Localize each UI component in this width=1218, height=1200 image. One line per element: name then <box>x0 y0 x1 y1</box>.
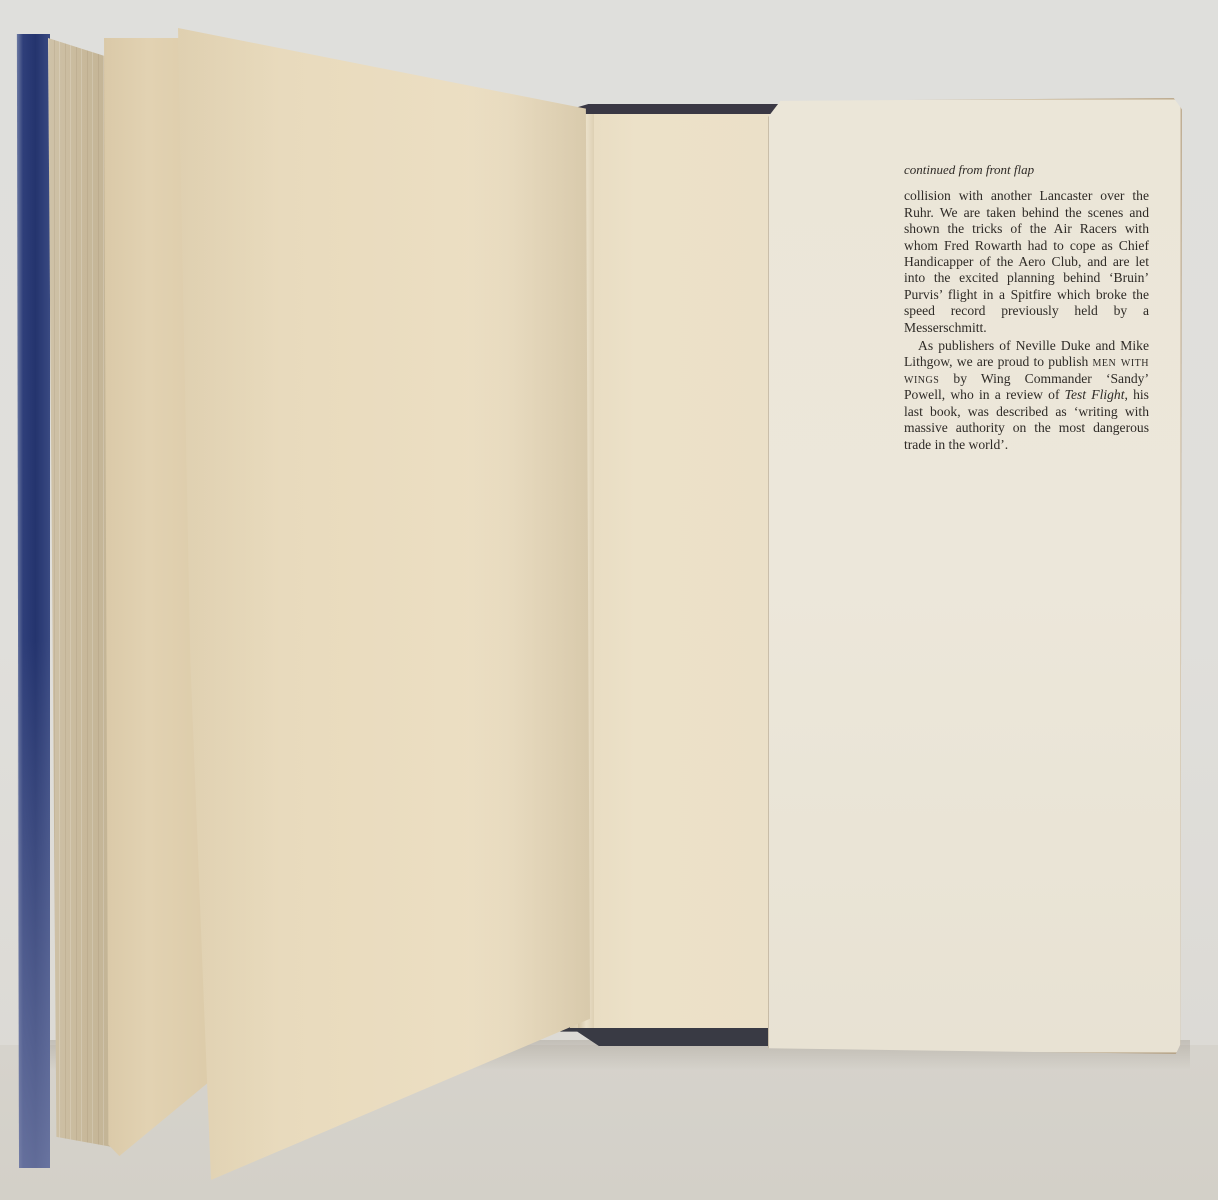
flyleaf-shading <box>178 28 590 1180</box>
rear-pastedown <box>570 114 790 1028</box>
flap-continued-heading: continued from front flap <box>904 162 1149 178</box>
flap-paragraph-2: As publishers of Neville Duke and Mike L… <box>904 338 1149 453</box>
flap-paragraph-1: collision with another Lancaster over th… <box>904 188 1149 336</box>
cover-edge-highlight <box>14 640 50 1168</box>
flap-text-block: continued from front flap collision with… <box>904 162 1149 453</box>
previous-book-title: Test Flight <box>1065 387 1125 402</box>
